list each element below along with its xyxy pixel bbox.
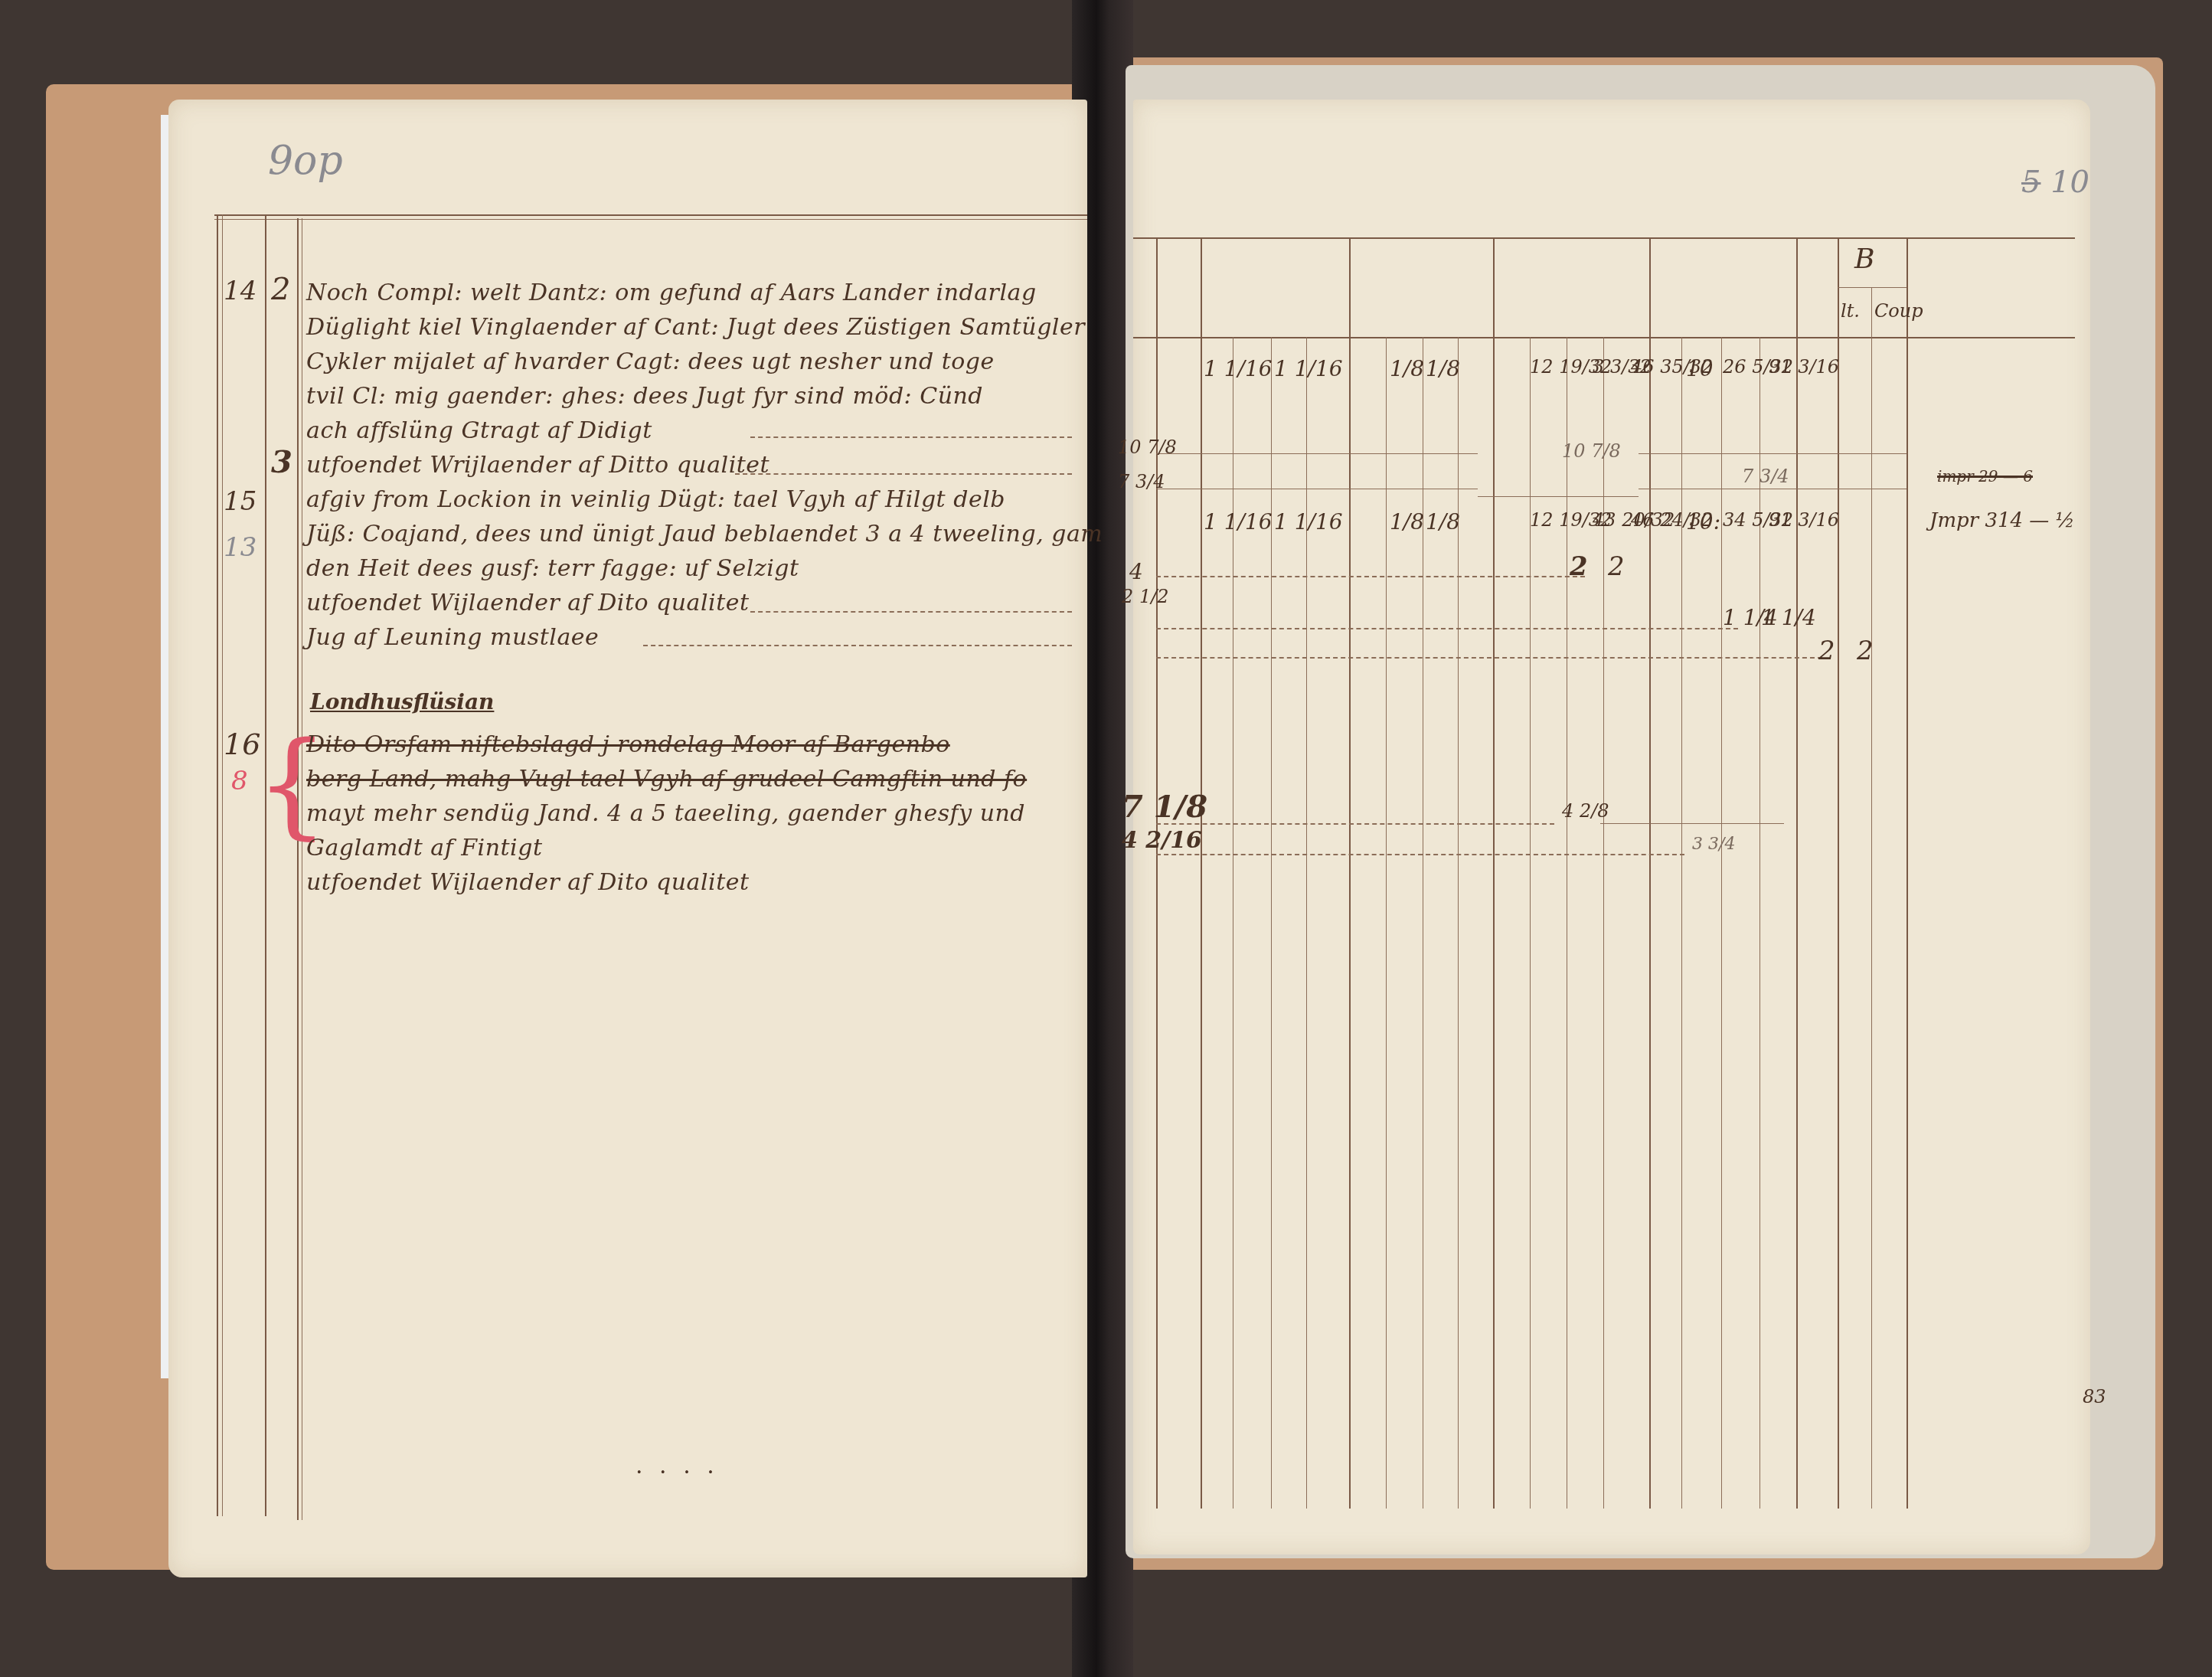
total-cell: 1 1/16 [1204, 356, 1273, 381]
row-number: 15 [224, 486, 256, 517]
margin-rule-3 [265, 214, 266, 1516]
ditto-leader [1156, 657, 1822, 659]
margin-rule-4 [297, 218, 299, 1520]
margin-rule-1 [217, 214, 218, 1516]
entry-line: tvil Cl: mig gaender: ghes: dees Jugt fy… [306, 383, 983, 410]
entry-line: afgiv from Lockion in veinlig Dügt: tael… [306, 486, 1005, 513]
entry-value: 4 2/8 [1562, 800, 1609, 822]
margin-value: 7 3/4 [1118, 471, 1165, 492]
ditto-leader [1156, 823, 1554, 825]
entry-line: Düglight kiel Vinglaender af Cant: Jugt … [306, 314, 1085, 341]
dashed-leader [735, 473, 1072, 475]
row-number: 14 [224, 276, 256, 306]
entry-line: Cykler mijalet af hvarder Cagt: dees ugt… [306, 348, 995, 375]
ditto-leader [1156, 628, 1738, 629]
header-bottom-rule [1133, 337, 2075, 338]
folio-number: 5 10 [2021, 165, 2089, 200]
entry-line: Noch Compl: welt Dantz: om gefund af Aar… [306, 279, 1037, 306]
ink-dots: · · · · [636, 1459, 719, 1486]
total-cell: 1 1/16 [1274, 509, 1343, 534]
entry-value: 2 [1608, 551, 1625, 582]
header-sub-rule [1838, 287, 1907, 288]
pencil-row-number: 13 [224, 532, 256, 563]
entry-value: 3 3/4 [1692, 835, 1735, 854]
total-cell: 1/8 [1390, 356, 1424, 381]
entry-value: 2 [1818, 636, 1835, 666]
mid-rule [1639, 489, 1907, 489]
struck-folio: 5 [2021, 165, 2040, 200]
sub-number: 3 [271, 444, 292, 480]
margin-value: 4 [1129, 559, 1143, 584]
total-cell: 1/8 [1390, 509, 1424, 534]
total-cell: 1/8 [1426, 356, 1460, 381]
mid-rule [1156, 489, 1478, 489]
col-rule [1201, 237, 1202, 1509]
sub-col-rule [1721, 337, 1722, 1509]
pencil-folio: 9op [268, 138, 343, 184]
right-page: 5 10 B lt. Coup 1 1/16 1 1/16 1/8 1/8 12… [1133, 100, 2090, 1554]
col-rule [1907, 237, 1908, 1509]
entry-dash [1600, 823, 1784, 824]
entry-value: 2 [1857, 636, 1874, 666]
total-cell: 1/8 [1426, 509, 1460, 534]
entry-line: ach affslüng Gtragt af Didigt [306, 417, 652, 444]
margin-value: 10 7/8 [1118, 436, 1177, 458]
sub-number: 2 [271, 272, 290, 307]
struck-entry-line: Dito Orsfam niftebslagd j rondelag Moor … [306, 731, 950, 758]
total-cell: 10 [1686, 356, 1714, 381]
total-cell: 1 1/16 [1204, 509, 1273, 534]
dashed-leader [643, 645, 1072, 646]
margin-value: 4 2/16 [1122, 827, 1202, 854]
folio: 10 [2050, 165, 2089, 200]
sub-col-rule [1871, 287, 1872, 1509]
entry-line: Gaglamdt af Fintigt [306, 835, 542, 861]
section-heading: Londhusflüsian [310, 689, 494, 714]
margin-rule-2 [222, 214, 223, 1516]
total-cell: 91 3/16 [1769, 509, 1839, 531]
total-cell: 10: [1686, 509, 1720, 534]
mid-rule [1478, 496, 1639, 497]
red-sub-number: 8 [231, 766, 248, 796]
entry-line: utfoendet Wijlaender af Dito qualitet [306, 869, 750, 896]
ditto-leader [1156, 576, 1585, 577]
mid-rule [1639, 453, 1907, 454]
col-rule [1796, 237, 1798, 1509]
margin-value: 2 1/2 [1122, 586, 1169, 607]
margin-rule-5 [302, 218, 302, 1520]
entry-line: Jug af Leuning mustlaee [306, 624, 599, 651]
entry-value: 1 1/4 [1761, 605, 1816, 630]
margin-value: 7 1/8 [1122, 789, 1207, 825]
side-note-total: Jmpr 314 — ½ [1929, 509, 2075, 532]
total-cell: 1 1/16 [1274, 356, 1343, 381]
entry-line: mayt mehr sendüg Jand. 4 a 5 taeeling, g… [306, 800, 1025, 827]
entry-line: Jüß: Coajand, dees und ünigt Jaud beblae… [306, 521, 1103, 548]
col-rule [1349, 237, 1351, 1509]
struck-side-note: impr 29 — 6 [1937, 467, 2033, 485]
ditto-leader [1156, 854, 1684, 855]
entry-line: utfoendet Wrijlaender af Ditto qualitet [306, 452, 769, 479]
total-cell: 91 3/16 [1769, 356, 1839, 378]
dashed-leader [750, 436, 1072, 438]
struck-entry-line: berg Land, mahg Vugl tael Vgyh af grudee… [306, 766, 1027, 793]
mid-value: 10 7/8 [1562, 440, 1621, 462]
header-label: B [1854, 244, 1874, 275]
top-rule [214, 214, 1087, 216]
col-rule [1493, 237, 1495, 1509]
top-rule-double [214, 219, 1087, 220]
entry-line: den Heit dees gusf: terr fagge: uf Selzi… [306, 555, 799, 582]
header-sublabel: lt. [1841, 300, 1860, 322]
header-top-rule [1133, 237, 2075, 239]
entry-value: 2 [1570, 551, 1588, 582]
col-rule [1838, 237, 1839, 1509]
mid-value: 7 3/4 [1742, 466, 1789, 487]
col-rule [1156, 237, 1158, 1509]
dashed-leader [750, 611, 1072, 613]
entry-line: utfoendet Wijlaender af Dito qualitet [306, 590, 750, 616]
left-page: 9op 14 2 Noch Compl: welt Dantz: om gefu… [168, 100, 1087, 1577]
col-rule [1649, 237, 1651, 1509]
sub-col-rule [1386, 337, 1387, 1509]
edge-mark: 83 [2083, 1386, 2106, 1407]
mid-rule [1156, 453, 1478, 454]
header-sublabel: Coup [1874, 300, 1923, 322]
